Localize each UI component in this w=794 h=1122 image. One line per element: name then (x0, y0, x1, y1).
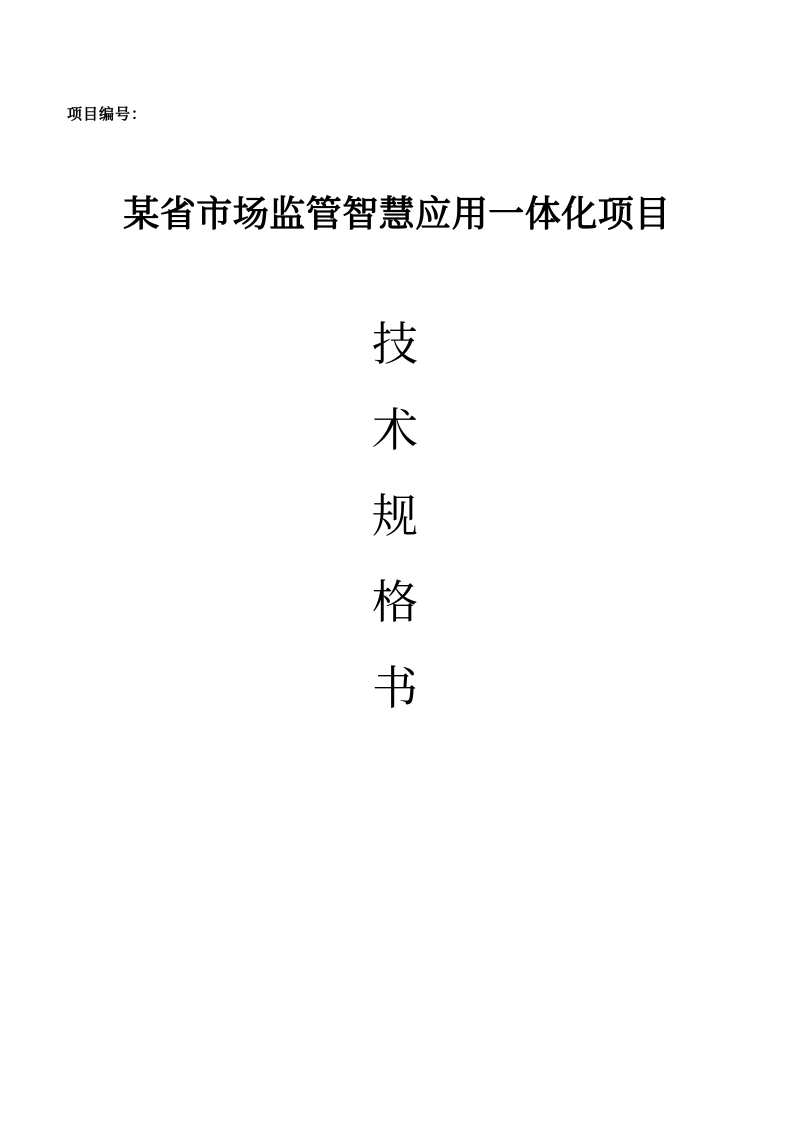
vertical-subtitle: 技 术 规 格 书 (0, 301, 794, 731)
vertical-subtitle-char-2: 术 (0, 387, 794, 473)
project-number-label: 项目编号： (67, 103, 147, 124)
vertical-subtitle-char-5: 书 (0, 645, 794, 731)
document-page: 项目编号： 某省市场监管智慧应用一体化项目 技 术 规 格 书 (0, 0, 794, 1122)
document-title: 某省市场监管智慧应用一体化项目 (0, 186, 794, 237)
vertical-subtitle-char-4: 格 (0, 559, 794, 645)
vertical-subtitle-char-3: 规 (0, 473, 794, 559)
vertical-subtitle-char-1: 技 (0, 301, 794, 387)
